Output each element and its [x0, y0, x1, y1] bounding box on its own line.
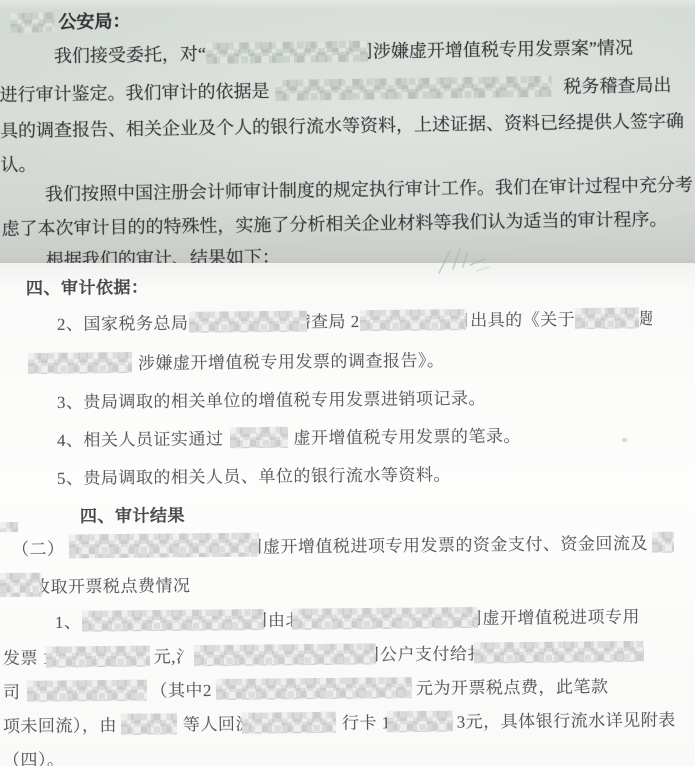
redaction-block	[81, 609, 263, 632]
doc-line-final: （四）。	[3, 746, 65, 766]
top-fragment-text: 公安局： 我们接受委托，对“司涉嫌虚开增值税专用发票案”情况 进行审计鉴定。我们…	[0, 0, 695, 263]
doc-line-item2: 2、国家税务总局稽查局 2日出具的《关于题	[57, 305, 652, 338]
redaction-block	[0, 573, 42, 597]
list-item-text: 1、	[55, 613, 82, 632]
redaction-block	[575, 307, 639, 329]
doc-line-item2-cont: 涉嫌虚开增值税专用发票的调查报告》。	[28, 347, 445, 378]
paragraph-text: 发票 1	[3, 649, 52, 668]
heading-text: 四、审计依据：	[26, 278, 149, 298]
doc-line: 具的调查报告、相关企业及个人的银行流水等资料，上述证据、资料已经提供人签字确	[0, 108, 684, 145]
section-heading-results: 四、审计结果	[80, 502, 185, 530]
paragraph-text: （其中2	[150, 681, 212, 701]
redaction-block	[360, 309, 466, 331]
paragraph-text: 3元，具体银行流水详见附表	[457, 711, 676, 732]
paragraph-text: 行卡 1	[342, 713, 391, 732]
paragraph-text: 元为开票税点费，此笔款	[416, 677, 609, 698]
paragraph-text: 虑了本次审计目的的特殊性，实施了分析相关企业材料等我们认为适当的审计程序。	[1, 209, 667, 239]
list-item-text: 收取开票税点费情况	[33, 576, 191, 597]
doc-line-item1: 1、司由北司虚开增值税进项专用	[55, 603, 640, 636]
doc-line: 项未回流），由等人回流行卡 13元，具体银行流水详见附表	[3, 707, 676, 740]
paragraph-text: 项未回流），由	[3, 716, 117, 736]
heading-text: 四、审计结果	[80, 506, 185, 526]
redaction-block	[10, 12, 54, 33]
scan-fragment-main: 四、审计依据： 2、国家税务总局稽查局 2日出具的《关于题 涉嫌虚开增值税专用发…	[0, 263, 695, 766]
redaction-block	[28, 352, 132, 374]
doc-line-item5: 5、贵局调取的相关人员、单位的银行流水等资料。	[57, 461, 451, 492]
paragraph-text: 根据我们的审计、结果如下：	[46, 247, 280, 263]
doc-line-sub2-cont: 收取开票税点费情况	[0, 571, 191, 600]
paragraph-text: 进行审计鉴定。我们审计的依据是	[0, 81, 270, 105]
redaction-block	[193, 643, 375, 666]
list-item-text: 司虚开增值税进项专用	[465, 607, 640, 628]
paragraph-text: 我们按照中国注册会计师审计制度的规定执行审计工作。我们在审计过程中充分考	[45, 175, 693, 205]
salutation-text: 公安局：	[58, 11, 130, 32]
list-item-text: 司虚开增值税进项专用发票的资金支付、资金回流及	[245, 534, 648, 557]
doc-line: 虑了本次审计目的的特殊性，实施了分析相关企业材料等我们认为适当的审计程序。	[1, 206, 667, 243]
redaction-block	[206, 41, 368, 64]
doc-line-salutation: 公安局：	[10, 8, 130, 37]
redaction-block	[68, 533, 258, 559]
clipped-character: 题	[639, 305, 652, 332]
list-item-text: 4、相关人员证实通过	[57, 429, 224, 450]
redaction-block	[46, 646, 150, 668]
redaction-block	[387, 711, 453, 733]
redaction-block	[26, 680, 146, 702]
redaction-block	[216, 677, 412, 700]
paragraph-text: （四）。	[3, 750, 65, 766]
redaction-block	[474, 641, 644, 664]
pencil-squiggle	[433, 243, 495, 279]
section-heading-basis: 四、审计依据：	[26, 274, 149, 302]
doc-line-clipped: 根据我们的审计、结果如下：	[46, 244, 280, 263]
doc-line-item3: 3、贵局调取的相关单位的增值税专用发票进销项记录。	[57, 385, 486, 416]
redaction-block	[229, 427, 287, 449]
doc-line: 认。	[0, 151, 36, 179]
list-item-text: （二）	[12, 539, 65, 559]
list-item-text: 2、国家税务总局	[57, 314, 189, 334]
scan-speck	[622, 438, 627, 442]
paragraph-text: 税务稽查局出	[563, 75, 671, 97]
paragraph-text: 具的调查报告、相关企业及个人的银行流水等资料，上述证据、资料已经提供人签字确	[0, 111, 684, 141]
doc-line: 司（其中2元为开票税点费，此笔款	[3, 673, 609, 706]
doc-line: 发票 1元,氵司公户支付给扌	[3, 639, 644, 672]
paragraph-text: 元,氵	[154, 647, 194, 666]
redaction-block	[242, 712, 336, 734]
doc-line: 进行审计鉴定。我们审计的依据是税务稽查局出	[0, 72, 672, 109]
list-item-text: 涉嫌虚开增值税专用发票的调查报告》。	[138, 351, 445, 373]
list-item-text: 3、贵局调取的相关单位的增值税专用发票进销项记录。	[57, 389, 486, 412]
redaction-block	[121, 713, 177, 735]
redaction-block	[188, 311, 306, 333]
doc-line: 我们按照中国注册会计师审计制度的规定执行审计工作。我们在审计过程中充分考	[45, 172, 693, 209]
paragraph-text: 认。	[0, 154, 36, 175]
list-item-text: 虚开增值税专用发票的笔录。	[293, 427, 521, 448]
redaction-block	[275, 76, 551, 101]
paragraph-text: 司涉嫌虚开增值税专用发票案”情况	[355, 38, 633, 62]
scanned-audit-document: 公安局： 我们接受委托，对“司涉嫌虚开增值税专用发票案”情况 进行审计鉴定。我们…	[0, 0, 695, 766]
redaction-block	[0, 522, 18, 532]
doc-line: 我们接受委托，对“司涉嫌虚开增值税专用发票案”情况	[54, 35, 633, 71]
paragraph-text: 司	[3, 683, 21, 702]
doc-line-sub2: （二）司虚开增值税进项专用发票的资金支付、资金回流及	[12, 529, 674, 562]
doc-line-item4: 4、相关人员证实通过虚开增值税专用发票的笔录。	[57, 423, 521, 454]
paragraph-text: 我们接受委托，对“	[54, 44, 206, 66]
paragraph-text: 司公户支付给扌	[362, 644, 485, 664]
scan-fragment-top: 公安局： 我们接受委托，对“司涉嫌虚开增值税专用发票案”情况 进行审计鉴定。我们…	[0, 0, 695, 263]
redaction-block	[292, 607, 478, 630]
redaction-block	[652, 532, 674, 553]
list-item-text: 5、贵局调取的相关人员、单位的银行流水等资料。	[57, 465, 451, 488]
list-item-text: 日出具的《关于	[453, 310, 576, 330]
